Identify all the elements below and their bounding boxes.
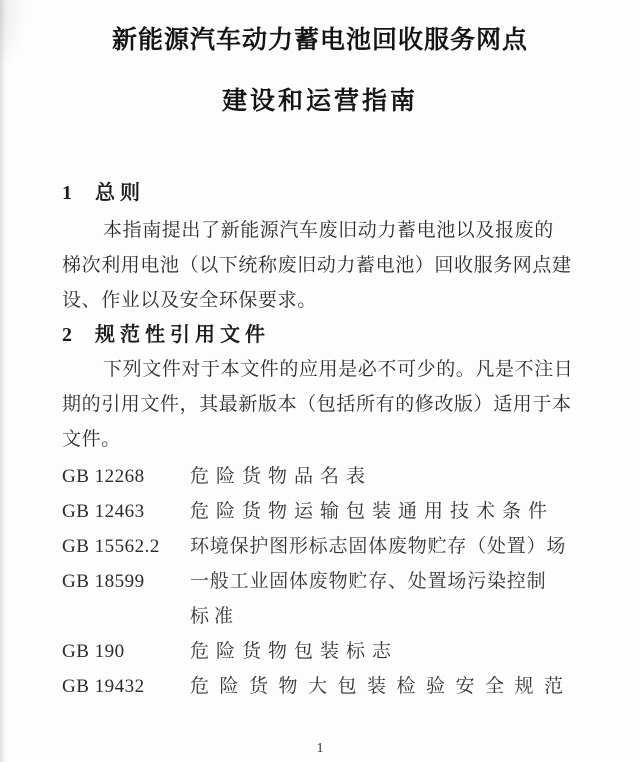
reference-title: 危险货物包装标志	[190, 634, 398, 669]
section-1-heading: 1总则	[62, 178, 578, 208]
reference-title: 环境保护图形标志固体废物贮存（处置）场	[190, 529, 566, 564]
reference-code: GB 15562.2	[62, 529, 190, 564]
reference-row: GB 18599 一般工业固体废物贮存、处置场污染控制	[62, 564, 578, 599]
reference-code-empty	[62, 599, 190, 634]
reference-row: GB 12463 危险货物运输包装通用技术条件	[62, 494, 578, 529]
document-title-line2: 建设和运营指南	[62, 86, 578, 116]
section-2-paragraph: 下列文件对于本文件的应用是必不可少的。凡是不注日 期的引用文件，其最新版本（包括…	[62, 352, 578, 457]
paragraph-line: 文件。	[62, 422, 578, 457]
reference-row: GB 19432 危险货物大包装检验安全规范	[62, 669, 578, 704]
reference-title: 危险货物品名表	[190, 459, 372, 494]
normative-references-list: GB 12268 危险货物品名表 GB 12463 危险货物运输包装通用技术条件…	[62, 459, 578, 704]
section-1-paragraph: 本指南提出了新能源汽车废旧动力蓄电池以及报废的 梯次利用电池（以下统称废旧动力蓄…	[62, 213, 578, 318]
paragraph-line: 本指南提出了新能源汽车废旧动力蓄电池以及报废的	[62, 213, 578, 248]
reference-title: 一般工业固体废物贮存、处置场污染控制	[190, 564, 546, 599]
reference-code: GB 190	[62, 634, 190, 669]
paragraph-line: 期的引用文件，其最新版本（包括所有的修改版）适用于本	[62, 387, 578, 422]
reference-row-continuation: 标准	[62, 599, 578, 634]
paragraph-line: 设、作业以及安全环保要求。	[62, 283, 578, 318]
reference-row: GB 12268 危险货物品名表	[62, 459, 578, 494]
section-2-title: 规范性引用文件	[95, 324, 270, 346]
section-2-heading: 2规范性引用文件	[62, 320, 578, 350]
reference-code: GB 12268	[62, 459, 190, 494]
scanned-document-page: 新能源汽车动力蓄电池回收服务网点 建设和运营指南 1总则 本指南提出了新能源汽车…	[0, 0, 640, 762]
reference-title: 危险货物运输包装通用技术条件	[190, 494, 554, 529]
section-1-number: 1	[62, 178, 95, 208]
document-title-line1: 新能源汽车动力蓄电池回收服务网点	[62, 24, 578, 56]
section-1-title: 总则	[95, 182, 145, 204]
section-2-number: 2	[62, 320, 95, 350]
reference-code: GB 18599	[62, 564, 190, 599]
reference-title: 危险货物大包装检验安全规范	[190, 669, 574, 704]
reference-code: GB 12463	[62, 494, 190, 529]
paragraph-line: 梯次利用电池（以下统称废旧动力蓄电池）回收服务网点建	[62, 248, 578, 283]
reference-title-continuation: 标准	[190, 599, 238, 634]
page-content: 新能源汽车动力蓄电池回收服务网点 建设和运营指南 1总则 本指南提出了新能源汽车…	[0, 0, 640, 704]
page-number: 1	[0, 741, 640, 757]
reference-row: GB 15562.2 环境保护图形标志固体废物贮存（处置）场	[62, 529, 578, 564]
reference-row: GB 190 危险货物包装标志	[62, 634, 578, 669]
reference-code: GB 19432	[62, 669, 190, 704]
paragraph-line: 下列文件对于本文件的应用是必不可少的。凡是不注日	[62, 352, 578, 387]
